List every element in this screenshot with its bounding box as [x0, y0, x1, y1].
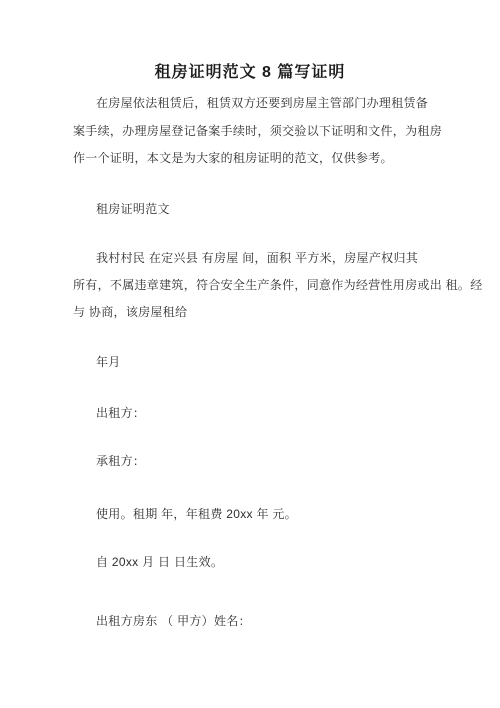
para-body-line-1: 我村村民 在定兴县 有房屋 间，面积 平方米，房屋产权归其: [96, 251, 418, 265]
line-lessor: 出租方：: [96, 406, 145, 420]
line-effective-date: 自 20xx 月 日 日生效。: [96, 555, 223, 569]
doc-title: 租房证明范文 8 篇写证明: [0, 63, 500, 83]
para-body-line-3: 与 协商，该房屋租给: [73, 305, 187, 319]
line-usage-rent: 使用。租期 年，年租费 20xx 年 元。: [96, 507, 297, 521]
line-year-month: 年月: [96, 355, 121, 369]
para-intro-line-2: 案手续，办理房屋登记备案手续时，须交验以下证明和文件，为租房: [73, 124, 442, 138]
para-intro-line-3: 作一个证明，本文是为大家的租房证明的范文，仅供参考。: [73, 151, 393, 165]
section-heading: 租房证明范文: [96, 202, 170, 216]
para-body-line-2: 所有，不属违章建筑，符合安全生产条件，同意作为经营性用房或出 租。经: [73, 278, 483, 292]
document-page: 租房证明范文 8 篇写证明 在房屋依法租赁后，租赁双方还要到房屋主管部门办理租赁…: [0, 0, 500, 708]
line-lessee: 承租方：: [96, 454, 145, 468]
para-intro-line-1: 在房屋依法租赁后，租赁双方还要到房屋主管部门办理租赁备: [96, 96, 428, 110]
line-lessor-landlord-name: 出租方房东 （ 甲方）姓名：: [96, 614, 251, 628]
